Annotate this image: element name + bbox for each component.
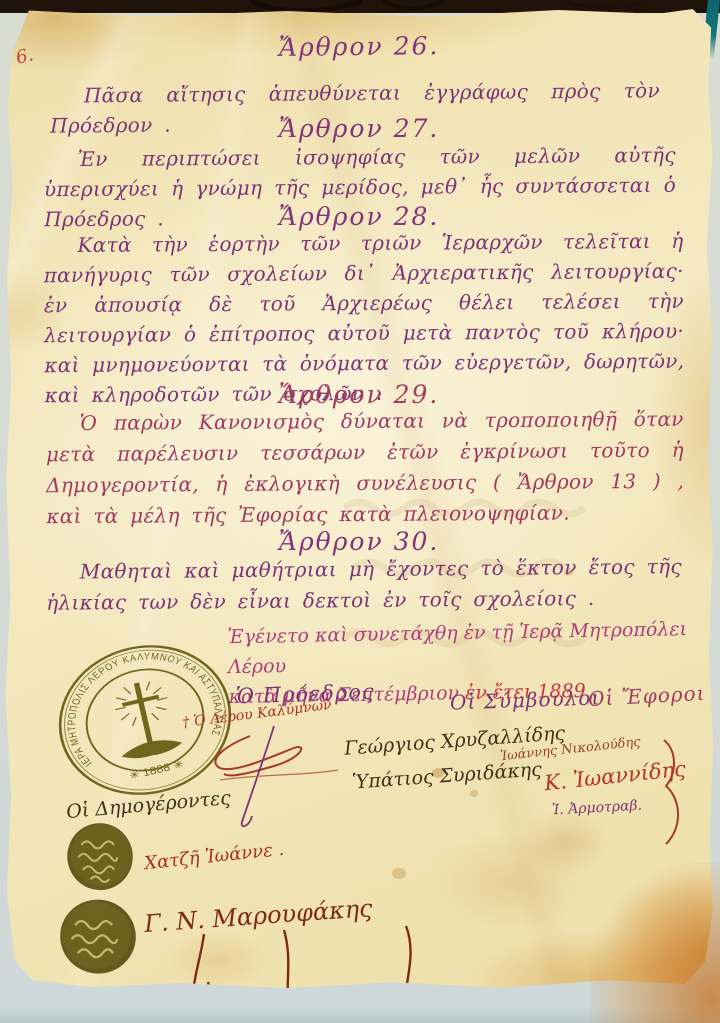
article-30-body: Μαθηταὶ καὶ μαθήτριαι μὴ ἔχοντες τὸ ἕκτο… <box>46 551 683 619</box>
stamp-year: ✳ 1888 ✳ <box>128 759 185 782</box>
ephors-label: Οἱ Ἔφοροι <box>587 681 706 711</box>
ephor-signature-flourish <box>654 734 692 849</box>
ottoman-seal-1 <box>60 820 140 894</box>
ottoman-seal-2 <box>54 894 142 980</box>
stain-dot <box>470 790 478 797</box>
stain-dot <box>392 868 406 879</box>
ephor-signature-3: Ἰ. Ἀρμοτραβ. <box>552 798 643 819</box>
demogeront-signature-flourish <box>144 920 444 1020</box>
president-signature-flourish <box>190 718 350 828</box>
document-photo: 6. Ἄρθρον 26. Πᾶσα αἴτησις ἀπευθύνεται ἐ… <box>0 0 720 1023</box>
stamp-cross-icon <box>107 676 183 762</box>
closing-line1: Ἐγένετο καὶ συνετάχθη ἐν τῇ Ἱερᾷ Μητροπό… <box>227 618 687 678</box>
councilors-label: Οἱ Σύμβουλοι <box>450 685 601 714</box>
article-29-body: Ὁ παρὼν Κανονισμὸς δύναται νὰ τροποποιηθ… <box>46 404 685 532</box>
photo-bottom-edge <box>0 1007 720 1023</box>
manuscript-page: 6. Ἄρθρον 26. Πᾶσα αἴτησις ἀπευθύνεται ἐ… <box>4 8 714 990</box>
demogeront-signature-1: Χατζῆ Ἰωάννε . <box>143 839 285 875</box>
article-26-heading: Ἄρθρον 26. <box>4 28 714 64</box>
councilor-signature-2: Ὑπάτιος Συριδάκης <box>351 758 542 793</box>
article-27-heading: Ἄρθρον 27. <box>4 114 714 143</box>
